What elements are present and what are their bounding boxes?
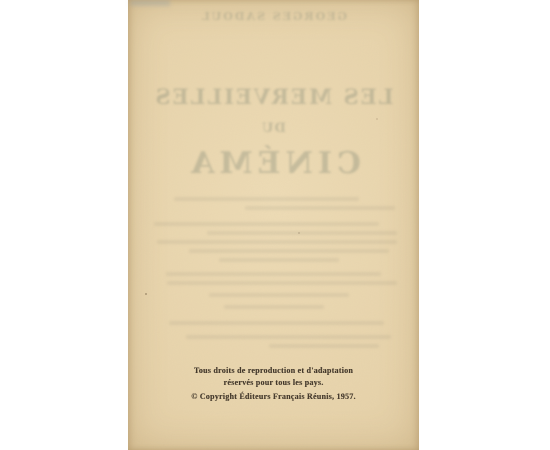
rights-line-2: réservés pour tous les pays. [128,377,419,389]
showthrough-title-line3: CINÉMA [128,146,419,181]
paper-speck [145,293,147,295]
rights-line-1: Tous droits de reproduction et d'adaptat… [128,365,419,377]
edge-smudge [130,0,170,6]
paper-speck [376,118,378,120]
showthrough-author-name: GEORGES SADOUL [128,10,419,23]
showthrough-title-line1: LES MERVEILLES [128,84,419,109]
copyright-line: © Copyright Éditeurs Français Réunis, 19… [128,391,419,403]
paper-speck [298,232,300,234]
showthrough-title-line2: DU [128,121,419,136]
copyright-notice: Tous droits de reproduction et d'adaptat… [128,365,419,402]
scanned-book-page: GEORGES SADOUL LES MERVEILLES DU CINÉMA … [128,0,419,450]
